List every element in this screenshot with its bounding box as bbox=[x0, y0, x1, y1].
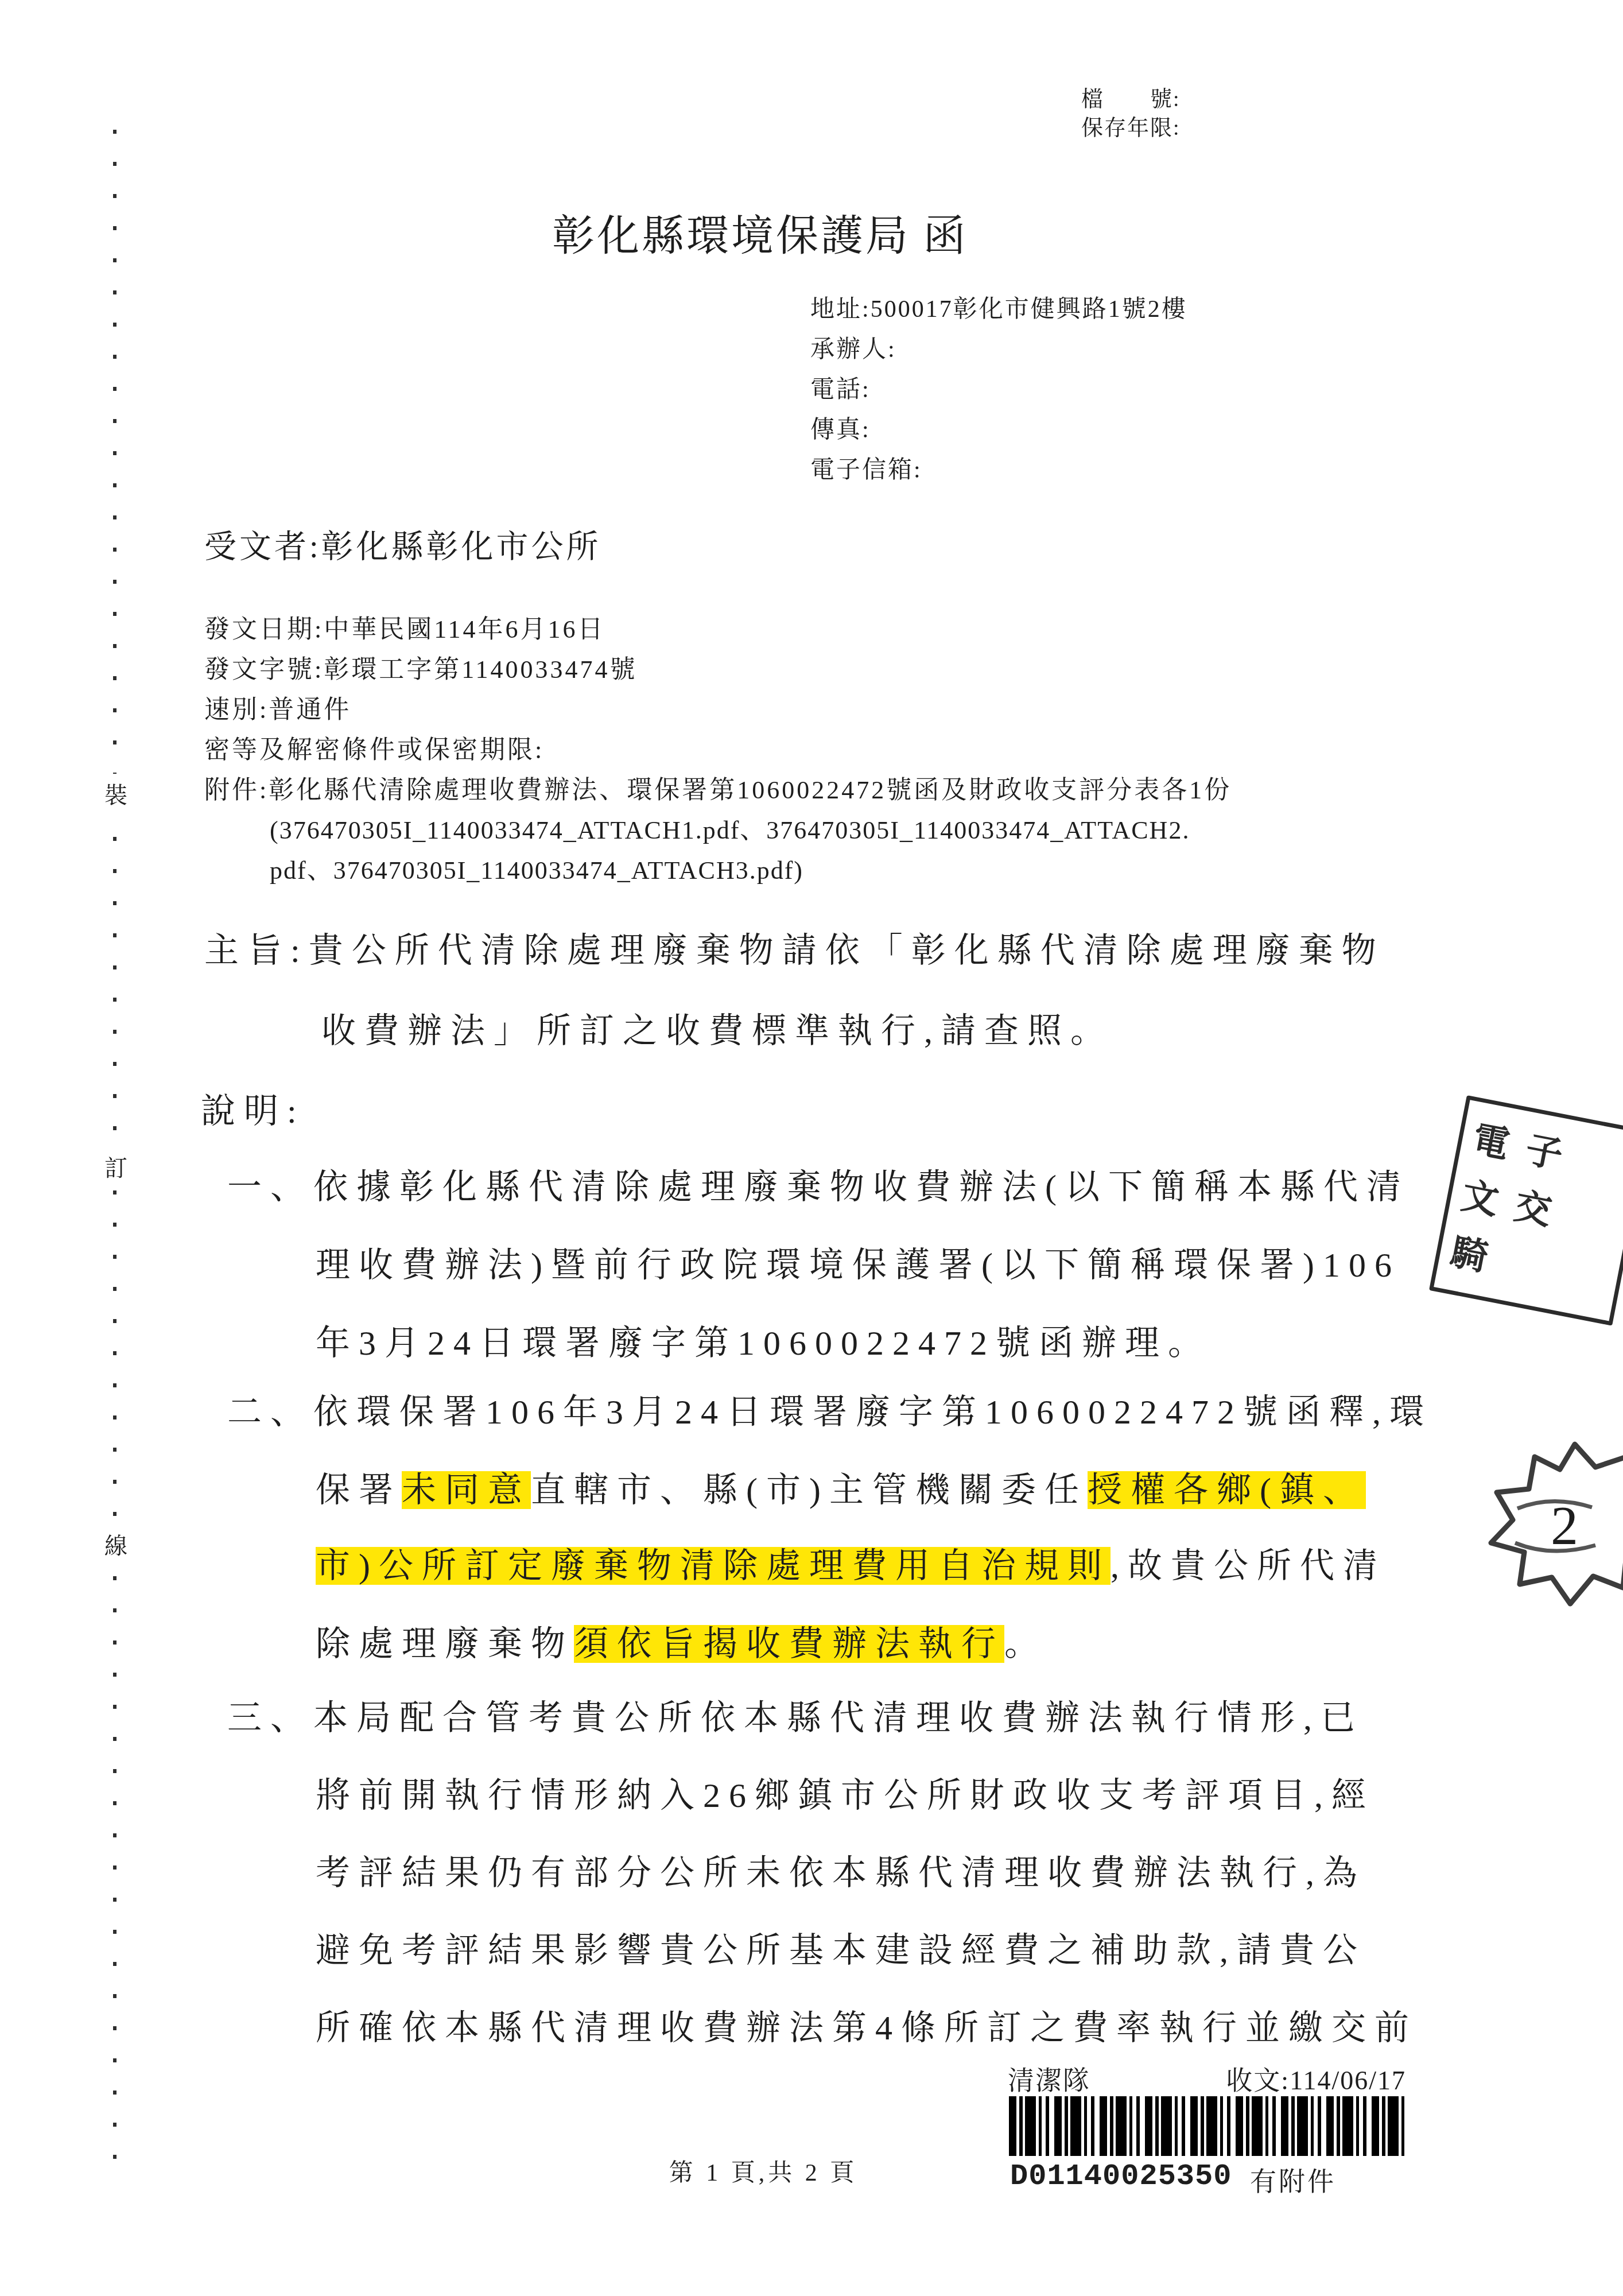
attachment-line-3: pdf、376470305I_1140033474_ATTACH3.pdf) bbox=[270, 850, 803, 886]
item-3-line-1: 三、本局配合管考貴公所依本縣代清理收費辦法執行情形,已 bbox=[227, 1690, 1364, 1740]
page-footer: 第 1 頁,共 2 頁 bbox=[654, 2154, 872, 2188]
document-page: 裝 訂 線 檔 號: 保存年限: 彰化縣環境保護局 函 地址:500017彰化市… bbox=[0, 0, 1623, 2296]
sender-fax: 傳真: bbox=[810, 410, 871, 445]
item-1-line-1: 一、依據彰化縣代清除處理廢棄物收費辦法(以下簡稱本縣代清 bbox=[227, 1159, 1410, 1209]
item-1-line-2: 理收費辦法)暨前行政院環境保護署(以下簡稱環保署)106 bbox=[316, 1238, 1400, 1287]
receipt-stamp: 清潔隊 收文:114/06/17 bbox=[1008, 2060, 1406, 2097]
highlighted-text: 授權各鄉(鎮、 bbox=[1088, 1471, 1366, 1509]
receipt-unit: 清潔隊 bbox=[1008, 2060, 1090, 2097]
item-2-line-2-text: 保署 bbox=[316, 1471, 402, 1509]
document-title: 彰化縣環境保護局 函 bbox=[552, 202, 968, 263]
item-2-line-1: 二、依環保署106年3月24日環署廢字第1060022472號函釋,環 bbox=[227, 1384, 1432, 1434]
item-3-line-5: 所確依本縣代清理收費辦法第4條所訂之費率執行並繳交前 bbox=[316, 2000, 1418, 2050]
priority-line: 速別:普通件 bbox=[204, 689, 351, 726]
attachment-flag: 有附件 bbox=[1250, 2161, 1336, 2198]
item-2-line-3-text: ,故貴公所代清 bbox=[1111, 1547, 1386, 1585]
highlighted-text: 市)公所訂定廢棄物清除處理費用自治規則 bbox=[316, 1547, 1111, 1585]
barcode bbox=[1009, 2096, 1406, 2156]
item-1-line-3: 年3月24日環署廢字第1060022472號函辦理。 bbox=[316, 1316, 1211, 1365]
item-3-line-2: 將前開執行情形納入26鄉鎮市公所財政收支考評項目,經 bbox=[316, 1768, 1374, 1817]
item-3-line-3: 考評結果仍有部分公所未依本縣代清理收費辦法執行,為 bbox=[316, 1845, 1366, 1895]
binding-mark-zhuang: 裝 bbox=[92, 774, 140, 813]
electronic-exchange-stamp: 電子 文交 騎 bbox=[1429, 1095, 1623, 1326]
explanation-heading: 說明: bbox=[201, 1084, 305, 1133]
binding-mark-ding: 訂 bbox=[92, 1147, 140, 1186]
attachment-line-1: 附件:彰化縣代清除處理收費辦法、環保署第1060022472號函及財政收支評分表… bbox=[204, 769, 1232, 806]
subject-line-2: 收費辦法」所訂之收費標準執行,請查照。 bbox=[321, 1003, 1113, 1053]
sender-address: 地址:500017彰化市健興路1號2樓 bbox=[810, 290, 1187, 324]
doc-number-line: 發文字號:彰環工字第1140033474號 bbox=[204, 649, 638, 685]
item-2-line-2: 保署未同意直轄市、縣(市)主管機關委任授權各鄉(鎮、 bbox=[316, 1463, 1366, 1512]
barcode-number: D01140025350 bbox=[1010, 2159, 1232, 2193]
binding-mark-xian: 線 bbox=[92, 1525, 140, 1564]
item-2-line-4-text: 除處理廢棄物 bbox=[316, 1625, 574, 1663]
sender-phone: 電話: bbox=[810, 370, 871, 405]
security-line: 密等及解密條件或保密期限: bbox=[204, 729, 544, 766]
issue-date-line: 發文日期:中華民國114年6月16日 bbox=[204, 608, 605, 645]
item-2-line-3: 市)公所訂定廢棄物清除處理費用自治規則,故貴公所代清 bbox=[316, 1538, 1386, 1588]
recipient-line: 受文者:彰化縣彰化市公所 bbox=[204, 521, 601, 567]
page-number-stamp: 2 bbox=[1483, 1440, 1623, 1612]
attachment-line-2: (376470305I_1140033474_ATTACH1.pdf、37647… bbox=[270, 809, 1190, 846]
sender-contact: 承辦人: bbox=[810, 330, 896, 364]
file-number-label: 檔 號: bbox=[1081, 85, 1181, 114]
highlighted-text: 須依旨揭收費辦法執行 bbox=[574, 1625, 1004, 1663]
sender-email: 電子信箱: bbox=[810, 451, 922, 485]
item-2-line-2-text: 直轄市、縣(市)主管機關委任 bbox=[531, 1471, 1088, 1509]
page-stamp-number: 2 bbox=[1551, 1495, 1578, 1556]
item-2-line-4: 除處理廢棄物須依旨揭收費辦法執行。 bbox=[316, 1616, 1047, 1666]
receipt-date: 收文:114/06/17 bbox=[1226, 2060, 1406, 2097]
item-3-line-4: 避免考評結果影響貴公所基本建設經費之補助款,請貴公 bbox=[316, 1923, 1366, 1972]
retention-label: 保存年限: bbox=[1081, 114, 1181, 142]
highlighted-text: 未同意 bbox=[402, 1471, 531, 1509]
subject-line-1: 主旨:貴公所代清除處理廢棄物請依「彰化縣代清除處理廢棄物 bbox=[204, 923, 1385, 972]
item-2-line-4-text: 。 bbox=[1004, 1625, 1047, 1663]
